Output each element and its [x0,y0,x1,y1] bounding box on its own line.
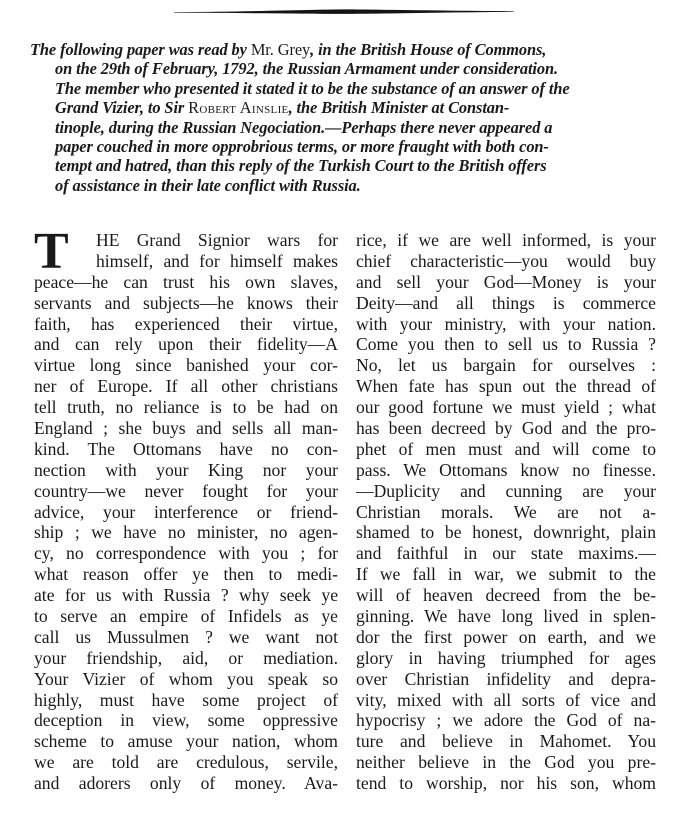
text-line: we are told are credulous, servile, [34,752,338,773]
text-line: over Christian infidelity and depra- [356,669,656,690]
text-line: and sell your God—Money is your [356,272,656,293]
editorial-headnote: The following paper was read by Mr. Grey… [30,40,660,195]
text-line: tend to worship, nor his son, whom [356,773,656,794]
drop-cap: T [34,232,69,272]
ornamental-rule [174,9,514,14]
text-line: cy, no correspondence with you ; for [34,543,338,564]
text-line: with your ministry, with your nation. [356,314,656,335]
text-line: pass. We Ottomans know no finesse. [356,460,656,481]
text-line: and can rely upon their fidelity—A [34,334,338,355]
text-line: Christian morals. We are not a- [356,502,656,523]
headnote-line: on the 29th of February, 1792, the Russi… [30,59,660,78]
text-line: ship ; we have no minister, no agen- [34,522,338,543]
headnote-line: The member who presented it stated it to… [30,79,660,98]
text-line: your friendship, aid, or mediation. [34,648,338,669]
text-line: country—we never fought for your [34,481,338,502]
text-line: Come you then to sell us to Russia ? [356,334,656,355]
text-line: servants and subjects—he knows their [34,293,338,314]
left-column: T HE Grand Signior wars for himself, and… [34,230,338,794]
right-column: rice, if we are well informed, is your c… [356,230,656,794]
headnote-line: paper couched in more opprobrious terms,… [30,137,660,156]
text-line: nection with your King nor your [34,460,338,481]
text-line: ginning. We have long lived in splen- [356,606,656,627]
headnote-line: Grand Vizier, to Sir Robert Ainslie, the… [30,98,660,117]
text-line: to serve an empire of Infidels as ye [34,606,338,627]
text-line: ture and believe in Mahomet. You [356,731,656,752]
text-line: England ; she buys and sells all man- [34,418,338,439]
text-line: kind. The Ottomans have no con- [34,439,338,460]
text-line: When fate has spun out the thread of [356,376,656,397]
text-line: —Duplicity and cunning are your [356,481,656,502]
text-line: highly, must have some project of [34,690,338,711]
text-line: and adorers only of money. Ava- [34,773,338,794]
text-line: tell truth, no reliance is to be had on [34,397,338,418]
text-line: HE Grand Signior wars for [34,230,338,251]
text-line: deception in view, some oppressive [34,710,338,731]
text-line: peace—he can trust his own slaves, [34,272,338,293]
text-line: glory in having triumphed for ages [356,648,656,669]
text-line: chief characteristic—you would buy [356,251,656,272]
speaker-name: Mr. Grey [251,40,310,59]
headnote-line: tinople, during the Russian Negociation.… [30,118,660,137]
text-line: will of heaven decreed from the be- [356,585,656,606]
text-line: vity, mixed with all sorts of vice and [356,690,656,711]
text-line: our good fortune we must yield ; what [356,397,656,418]
text-line: ate for us with Russia ? why seek ye [34,585,338,606]
text-line: dor the first power on earth, and we [356,627,656,648]
text-line: rice, if we are well informed, is your [356,230,656,251]
text-line: and faithful in our state maxims.— [356,543,656,564]
minister-name: Robert Ainslie [188,98,288,117]
text-line: ner of Europe. If all other christians [34,376,338,397]
text-line: virtue long since banished your cor- [34,355,338,376]
text-line: faith, has experienced their virtue, [34,314,338,335]
headnote-line: of assistance in their late conflict wit… [30,176,660,195]
text-line: neither believe in the God you pre- [356,752,656,773]
text-line: what reason offer ye then to medi- [34,564,338,585]
headnote-line: tempt and hatred, than this reply of the… [30,156,660,175]
text-line: If we fall in war, we submit to the [356,564,656,585]
text-line: scheme to amuse your nation, whom [34,731,338,752]
text-line: has been decreed by God and the pro- [356,418,656,439]
text-line: phet of men must and will come to [356,439,656,460]
text-line: shamed to be honest, downright, plain [356,522,656,543]
text-line: No, let us bargain for ourselves : [356,355,656,376]
text-line: Your Vizier of whom you speak so [34,669,338,690]
headnote-line: The following paper was read by Mr. Grey… [30,40,660,59]
text-line: call us Mussulmen ? we want not [34,627,338,648]
text-line: Deity—and all things is commerce [356,293,656,314]
text-line: hypocrisy ; we adore the God of na- [356,710,656,731]
text-line: himself, and for himself makes [34,251,338,272]
text-line: advice, your interference or friend- [34,502,338,523]
